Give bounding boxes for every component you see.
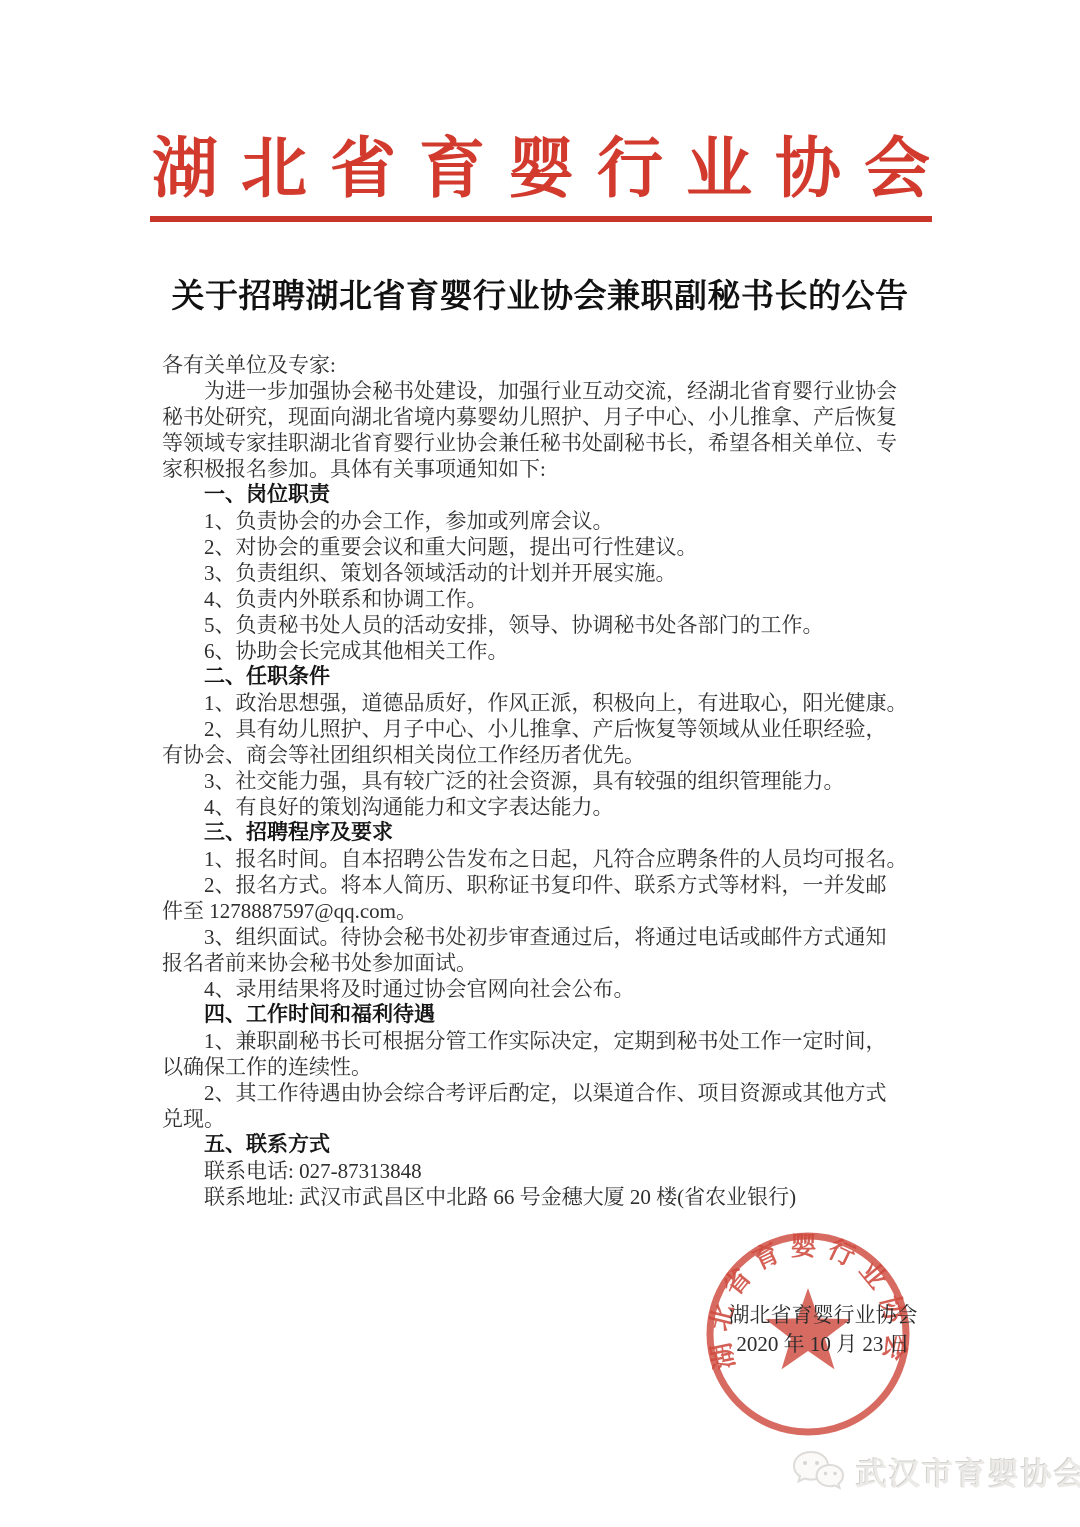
- org-header: 湖北省育婴行业协会: [150, 128, 932, 222]
- body-line: 3、社交能力强，具有较广泛的社会资源，具有较强的组织管理能力。: [162, 768, 952, 794]
- body-line: 2、其工作待遇由协会综合考评后酌定，以渠道合作、项目资源或其他方式: [162, 1080, 952, 1106]
- signature-org: 湖北省育婴行业协会: [662, 1301, 984, 1330]
- body-line: 2、报名方式。将本人简历、职称证书复印件、联系方式等材料，一并发邮: [162, 872, 952, 898]
- body-line: 联系地址: 武汉市武昌区中北路 66 号金穗大厦 20 楼(省农业银行): [162, 1184, 952, 1210]
- section-heading: 四、工作时间和福利待遇: [162, 1002, 952, 1028]
- body-line: 为进一步加强协会秘书处建设，加强行业互动交流，经湖北省育婴行业协会: [162, 378, 952, 404]
- section-heading: 一、岗位职责: [162, 482, 952, 508]
- body-line: 家积极报名参加。具体有关事项通知如下:: [162, 456, 952, 482]
- footer-account-name: 武汉市育婴协会: [856, 1449, 1080, 1494]
- body-line: 件至 1278887597@qq.com。: [162, 898, 952, 924]
- body-line: 4、有良好的策划沟通能力和文字表达能力。: [162, 794, 952, 820]
- doc-body: 各有关单位及专家:为进一步加强协会秘书处建设，加强行业互动交流，经湖北省育婴行业…: [162, 352, 952, 1210]
- body-line: 1、政治思想强，道德品质好，作风正派，积极向上，有进取心，阳光健康。: [162, 690, 952, 716]
- header-divider: [150, 216, 932, 222]
- body-line: 2、具有幼儿照护、月子中心、小儿推拿、产后恢复等领域从业任职经验，: [162, 716, 952, 742]
- signature-date: 2020 年 10 月 23 日: [662, 1330, 984, 1359]
- wechat-icon: [790, 1448, 846, 1494]
- body-line: 有协会、商会等社团组织相关岗位工作经历者优先。: [162, 742, 952, 768]
- announcement-page: 湖北省育婴行业协会 关于招聘湖北省育婴行业协会兼职副秘书长的公告 各有关单位及专…: [0, 0, 1080, 1527]
- section-heading: 二、任职条件: [162, 664, 952, 690]
- body-line: 等领域专家挂职湖北省育婴行业协会兼任秘书处副秘书长，希望各相关单位、专: [162, 430, 952, 456]
- footer-watermark: 武汉市育婴协会: [790, 1448, 1080, 1494]
- section-heading: 五、联系方式: [162, 1132, 952, 1158]
- body-line: 1、兼职副秘书长可根据分管工作实际决定，定期到秘书处工作一定时间，: [162, 1028, 952, 1054]
- body-line: 各有关单位及专家:: [162, 352, 952, 378]
- org-name: 湖北省育婴行业协会: [150, 128, 955, 212]
- signature-block: 湖北省育婴行业协会 2020 年 10 月 23 日: [662, 1301, 984, 1359]
- body-line: 联系电话: 027-87313848: [162, 1158, 952, 1184]
- body-line: 3、组织面试。待协会秘书处初步审查通过后，将通过电话或邮件方式通知: [162, 924, 952, 950]
- body-line: 5、负责秘书处人员的活动安排，领导、协调秘书处各部门的工作。: [162, 612, 952, 638]
- body-line: 3、负责组织、策划各领域活动的计划并开展实施。: [162, 560, 952, 586]
- body-line: 2、对协会的重要会议和重大问题，提出可行性建议。: [162, 534, 952, 560]
- body-line: 4、负责内外联系和协调工作。: [162, 586, 952, 612]
- body-line: 4、录用结果将及时通过协会官网向社会公布。: [162, 976, 952, 1002]
- body-line: 秘书处研究，现面向湖北省境内募婴幼儿照护、月子中心、小儿推拿、产后恢复: [162, 404, 952, 430]
- body-line: 1、负责协会的办会工作，参加或列席会议。: [162, 508, 952, 534]
- body-line: 兑现。: [162, 1106, 952, 1132]
- section-heading: 三、招聘程序及要求: [162, 820, 952, 846]
- body-line: 报名者前来协会秘书处参加面试。: [162, 950, 952, 976]
- body-line: 1、报名时间。自本招聘公告发布之日起，凡符合应聘条件的人员均可报名。: [162, 846, 952, 872]
- body-line: 以确保工作的连续性。: [162, 1054, 952, 1080]
- body-line: 6、协助会长完成其他相关工作。: [162, 638, 952, 664]
- doc-title: 关于招聘湖北省育婴行业协会兼职副秘书长的公告: [0, 276, 1080, 316]
